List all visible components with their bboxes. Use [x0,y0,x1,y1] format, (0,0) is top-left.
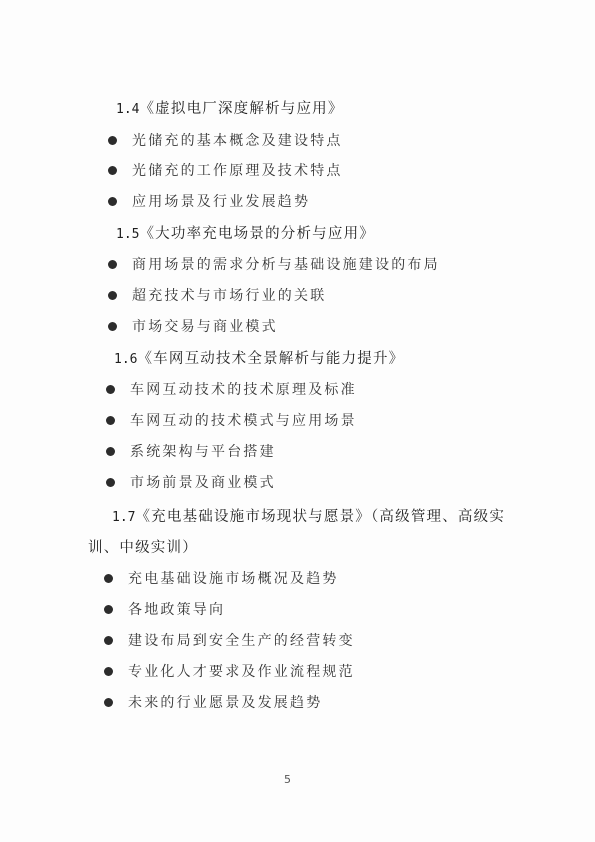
list-item: 超充技术与市场行业的关联 [108,285,326,305]
section-title: 《虚拟电厂深度解析与应用》 [139,101,343,117]
bullet-icon [104,698,113,707]
list-item-text: 建设布局到安全生产的经营转变 [128,630,355,650]
list-item: 车网互动的技术模式与应用场景 [106,410,357,430]
section-title: 《大功率充电场景的分析与应用》 [139,226,375,242]
list-item-text: 未来的行业愿景及发展趋势 [128,692,322,712]
section-heading-1-7: 1.7《充电基础设施市场现状与愿景》（高级管理、高级实 [112,505,505,526]
list-item-text: 专业化人才要求及作业流程规范 [128,661,355,681]
list-item: 充电基础设施市场概况及趋势 [104,568,339,588]
list-item-text: 市场交易与商业模式 [132,316,278,336]
list-item: 光储充的基本概念及建设特点 [108,130,343,150]
section-number: 1.6 [114,352,137,367]
list-item: 光储充的工作原理及技术特点 [108,160,343,180]
bullet-icon [108,322,117,331]
section-heading-1-4: 1.4《虚拟电厂深度解析与应用》 [116,97,344,118]
list-item-text: 各地政策导向 [128,599,225,619]
bullet-icon [106,416,115,425]
bullet-icon [104,574,113,583]
list-item: 各地政策导向 [104,599,225,619]
list-item-text: 车网互动的技术模式与应用场景 [130,410,357,430]
list-item-text: 车网互动技术的技术原理及标准 [130,379,357,399]
list-item-text: 光储充的工作原理及技术特点 [132,160,343,180]
bullet-icon [108,136,117,145]
list-item: 市场交易与商业模式 [108,316,278,336]
list-item-text: 光储充的基本概念及建设特点 [132,130,343,150]
list-item: 市场前景及商业模式 [106,472,276,492]
section-title-continued: 训、中级实训） [88,540,198,556]
list-item: 未来的行业愿景及发展趋势 [104,692,322,712]
section-title: 《充电基础设施市场现状与愿景》（高级管理、高级实 [135,509,505,525]
bullet-icon [108,291,117,300]
list-item-text: 商用场景的需求分析与基础设施建设的布局 [132,254,440,274]
page-number: 5 [284,773,291,786]
bullet-icon [104,636,113,645]
section-title: 《车网互动技术全景解析与能力提升》 [137,351,404,367]
list-item: 专业化人才要求及作业流程规范 [104,661,355,681]
list-item: 系统架构与平台搭建 [106,441,276,461]
list-item-text: 系统架构与平台搭建 [130,441,276,461]
bullet-icon [106,447,115,456]
bullet-icon [104,667,113,676]
list-item-text: 超充技术与市场行业的关联 [132,285,326,305]
list-item: 车网互动技术的技术原理及标准 [106,379,357,399]
bullet-icon [108,166,117,175]
list-item-text: 充电基础设施市场概况及趋势 [128,568,339,588]
bullet-icon [106,478,115,487]
bullet-icon [104,605,113,614]
bullet-icon [108,260,117,269]
section-number: 1.7 [112,510,135,525]
section-number: 1.5 [116,227,139,242]
list-item: 商用场景的需求分析与基础设施建设的布局 [108,254,440,274]
list-item: 建设布局到安全生产的经营转变 [104,630,355,650]
list-item-text: 市场前景及商业模式 [130,472,276,492]
section-heading-1-5: 1.5《大功率充电场景的分析与应用》 [116,222,375,243]
bullet-icon [108,197,117,206]
section-heading-1-7-continued: 训、中级实训） [88,536,198,557]
bullet-icon [106,385,115,394]
list-item-text: 应用场景及行业发展趋势 [132,191,310,211]
section-number: 1.4 [116,102,139,117]
section-heading-1-6: 1.6《车网互动技术全景解析与能力提升》 [114,347,404,368]
list-item: 应用场景及行业发展趋势 [108,191,310,211]
